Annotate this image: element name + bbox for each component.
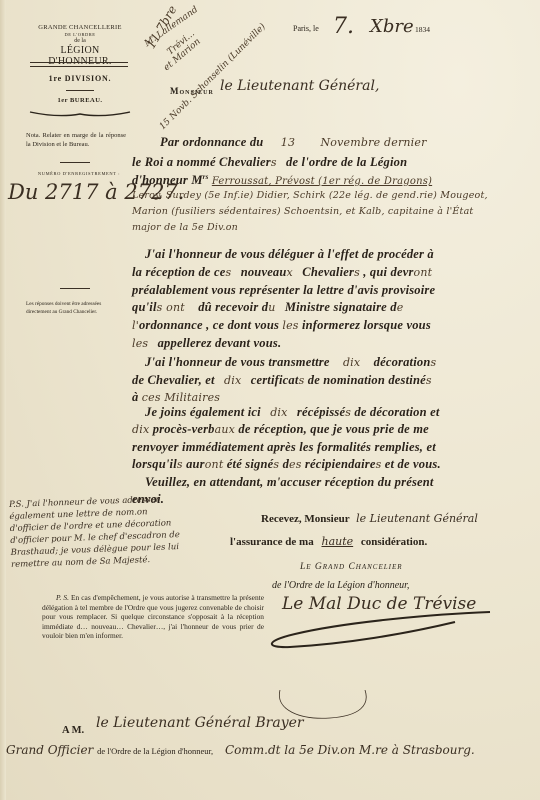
address-rank-hand: Grand Officier xyxy=(6,743,93,757)
dateline-year: 1834 xyxy=(415,25,430,34)
p4-line2: dix procès-verbaux de réception, que je … xyxy=(132,422,429,437)
closing-recevez: Recevez, Monsieur le Lieutenant Général xyxy=(261,512,478,525)
nominee-names-4: major de la 5e Div.on xyxy=(132,222,238,233)
replies-instruction: Les réponses doivent être adressées dire… xyxy=(26,300,126,316)
letter-page: GRANDE CHANCELLERIE DE L'ORDRE de la LÉG… xyxy=(0,0,540,800)
p3-line3: à ces Militaires xyxy=(132,390,220,405)
p1-line1: Par ordonnance du 13 Novembre dernier xyxy=(160,135,427,150)
p2-line3: préalablement vous représenter la lettre… xyxy=(132,283,435,298)
short-rule xyxy=(60,162,90,163)
p4-line3: renvoyer immédiatement après les formali… xyxy=(132,440,436,455)
letterhead: GRANDE CHANCELLERIE DE L'ORDRE de la LÉG… xyxy=(30,24,130,67)
closing-assurance: l'assurance de ma haute considération. xyxy=(230,535,427,548)
address-prefix: A M. xyxy=(62,725,84,736)
salutation-title: le Lieutenant Général, xyxy=(220,78,379,94)
ordinance-day: 13 xyxy=(281,136,295,149)
address-rank-print: de l'Ordre de la Légion d'honneur, xyxy=(97,746,213,756)
p2-line5: l'ordonnance , ce dont vous les informer… xyxy=(132,318,431,333)
org-line-2: DE L'ORDRE xyxy=(30,32,130,37)
postscript-text: En cas d'empêchement, je vous autorise à… xyxy=(42,593,264,640)
p2-line1: J'ai l'honneur de vous déléguer à l'effe… xyxy=(145,247,434,262)
signer-org: de l'Ordre de la Légion d'honneur, xyxy=(272,580,409,591)
short-rule xyxy=(66,90,94,91)
p1-line3: d'honneur Mrs Ferroussat, Prévost (1er r… xyxy=(132,173,432,188)
nominee-names-2: Leroy, Surdey (5e Inf.ie) Didier, Schirk… xyxy=(132,190,488,201)
dateline-month: Xbre xyxy=(370,16,414,37)
nota-text: Nota. Relater en marge de la réponse la … xyxy=(26,131,126,149)
org-line-1: GRANDE CHANCELLERIE xyxy=(30,24,130,31)
address-recipient: le Lieutenant Général Brayer xyxy=(96,715,304,731)
org-line-3: de la xyxy=(30,38,130,44)
ornamental-rule-icon xyxy=(28,110,132,118)
marginal-note-5: 15 Novb. Schonselin (Lunéville) xyxy=(158,22,268,132)
p3-line1: J'ai l'honneur de vous transmettre dix d… xyxy=(145,355,436,370)
p2-line2: la réception de ces nouveaux Chevaliers … xyxy=(132,265,432,280)
address-rank-line: Grand Officier de l'Ordre de la Légion d… xyxy=(6,743,475,757)
signature-flourish-icon xyxy=(255,594,495,654)
p4-line4: lorsqu'ils auront été signés des récipie… xyxy=(132,457,441,472)
postscript: P. S. En cas d'empêchement, je vous auto… xyxy=(42,593,264,641)
postscript-label: P. S. xyxy=(56,593,69,602)
salutation-prefix: Monsieur xyxy=(170,86,214,96)
p3-line2: de Chevalier, et dix certificats de nomi… xyxy=(132,373,432,388)
registration-number-label: NUMÉRO D'ENREGISTREMENT : xyxy=(24,171,134,176)
bureau-label: 1er BUREAU. xyxy=(30,97,130,104)
p5-line1: Veuillez, en attendant, m'accuser récept… xyxy=(145,475,434,490)
double-rule xyxy=(30,62,128,67)
p2-line4: qu'ils ont dû recevoir du Ministre signa… xyxy=(132,300,403,315)
dateline-day: 7. xyxy=(333,14,354,39)
division-label: 1re DIVISION. xyxy=(30,74,130,83)
nominee-names-3: Marion (fusiliers sédentaires) Schoentsi… xyxy=(132,206,473,217)
p2-line6: les appellerez devant vous. xyxy=(132,336,281,351)
dateline-place: Paris, le xyxy=(293,24,319,33)
signer-title: Le Grand Chancelier xyxy=(300,562,403,572)
page-fold-edge xyxy=(0,0,6,800)
nominee-names-1: Ferroussat, Prévost (1er rég. de Dragons… xyxy=(212,176,432,187)
p1-line2: le Roi a nommé Chevaliers de l'ordre de … xyxy=(132,155,407,170)
short-rule xyxy=(60,288,90,289)
address-command: Comm.dt la 5e Div.on M.re à Strasbourg. xyxy=(225,743,475,757)
p4-line1: Je joins également ici dix récépissés de… xyxy=(145,405,440,420)
ordinance-month: Novembre dernier xyxy=(320,136,426,149)
margin-handwritten-note: P.S. J'ai l'honneur de vous adresser éga… xyxy=(9,493,181,571)
